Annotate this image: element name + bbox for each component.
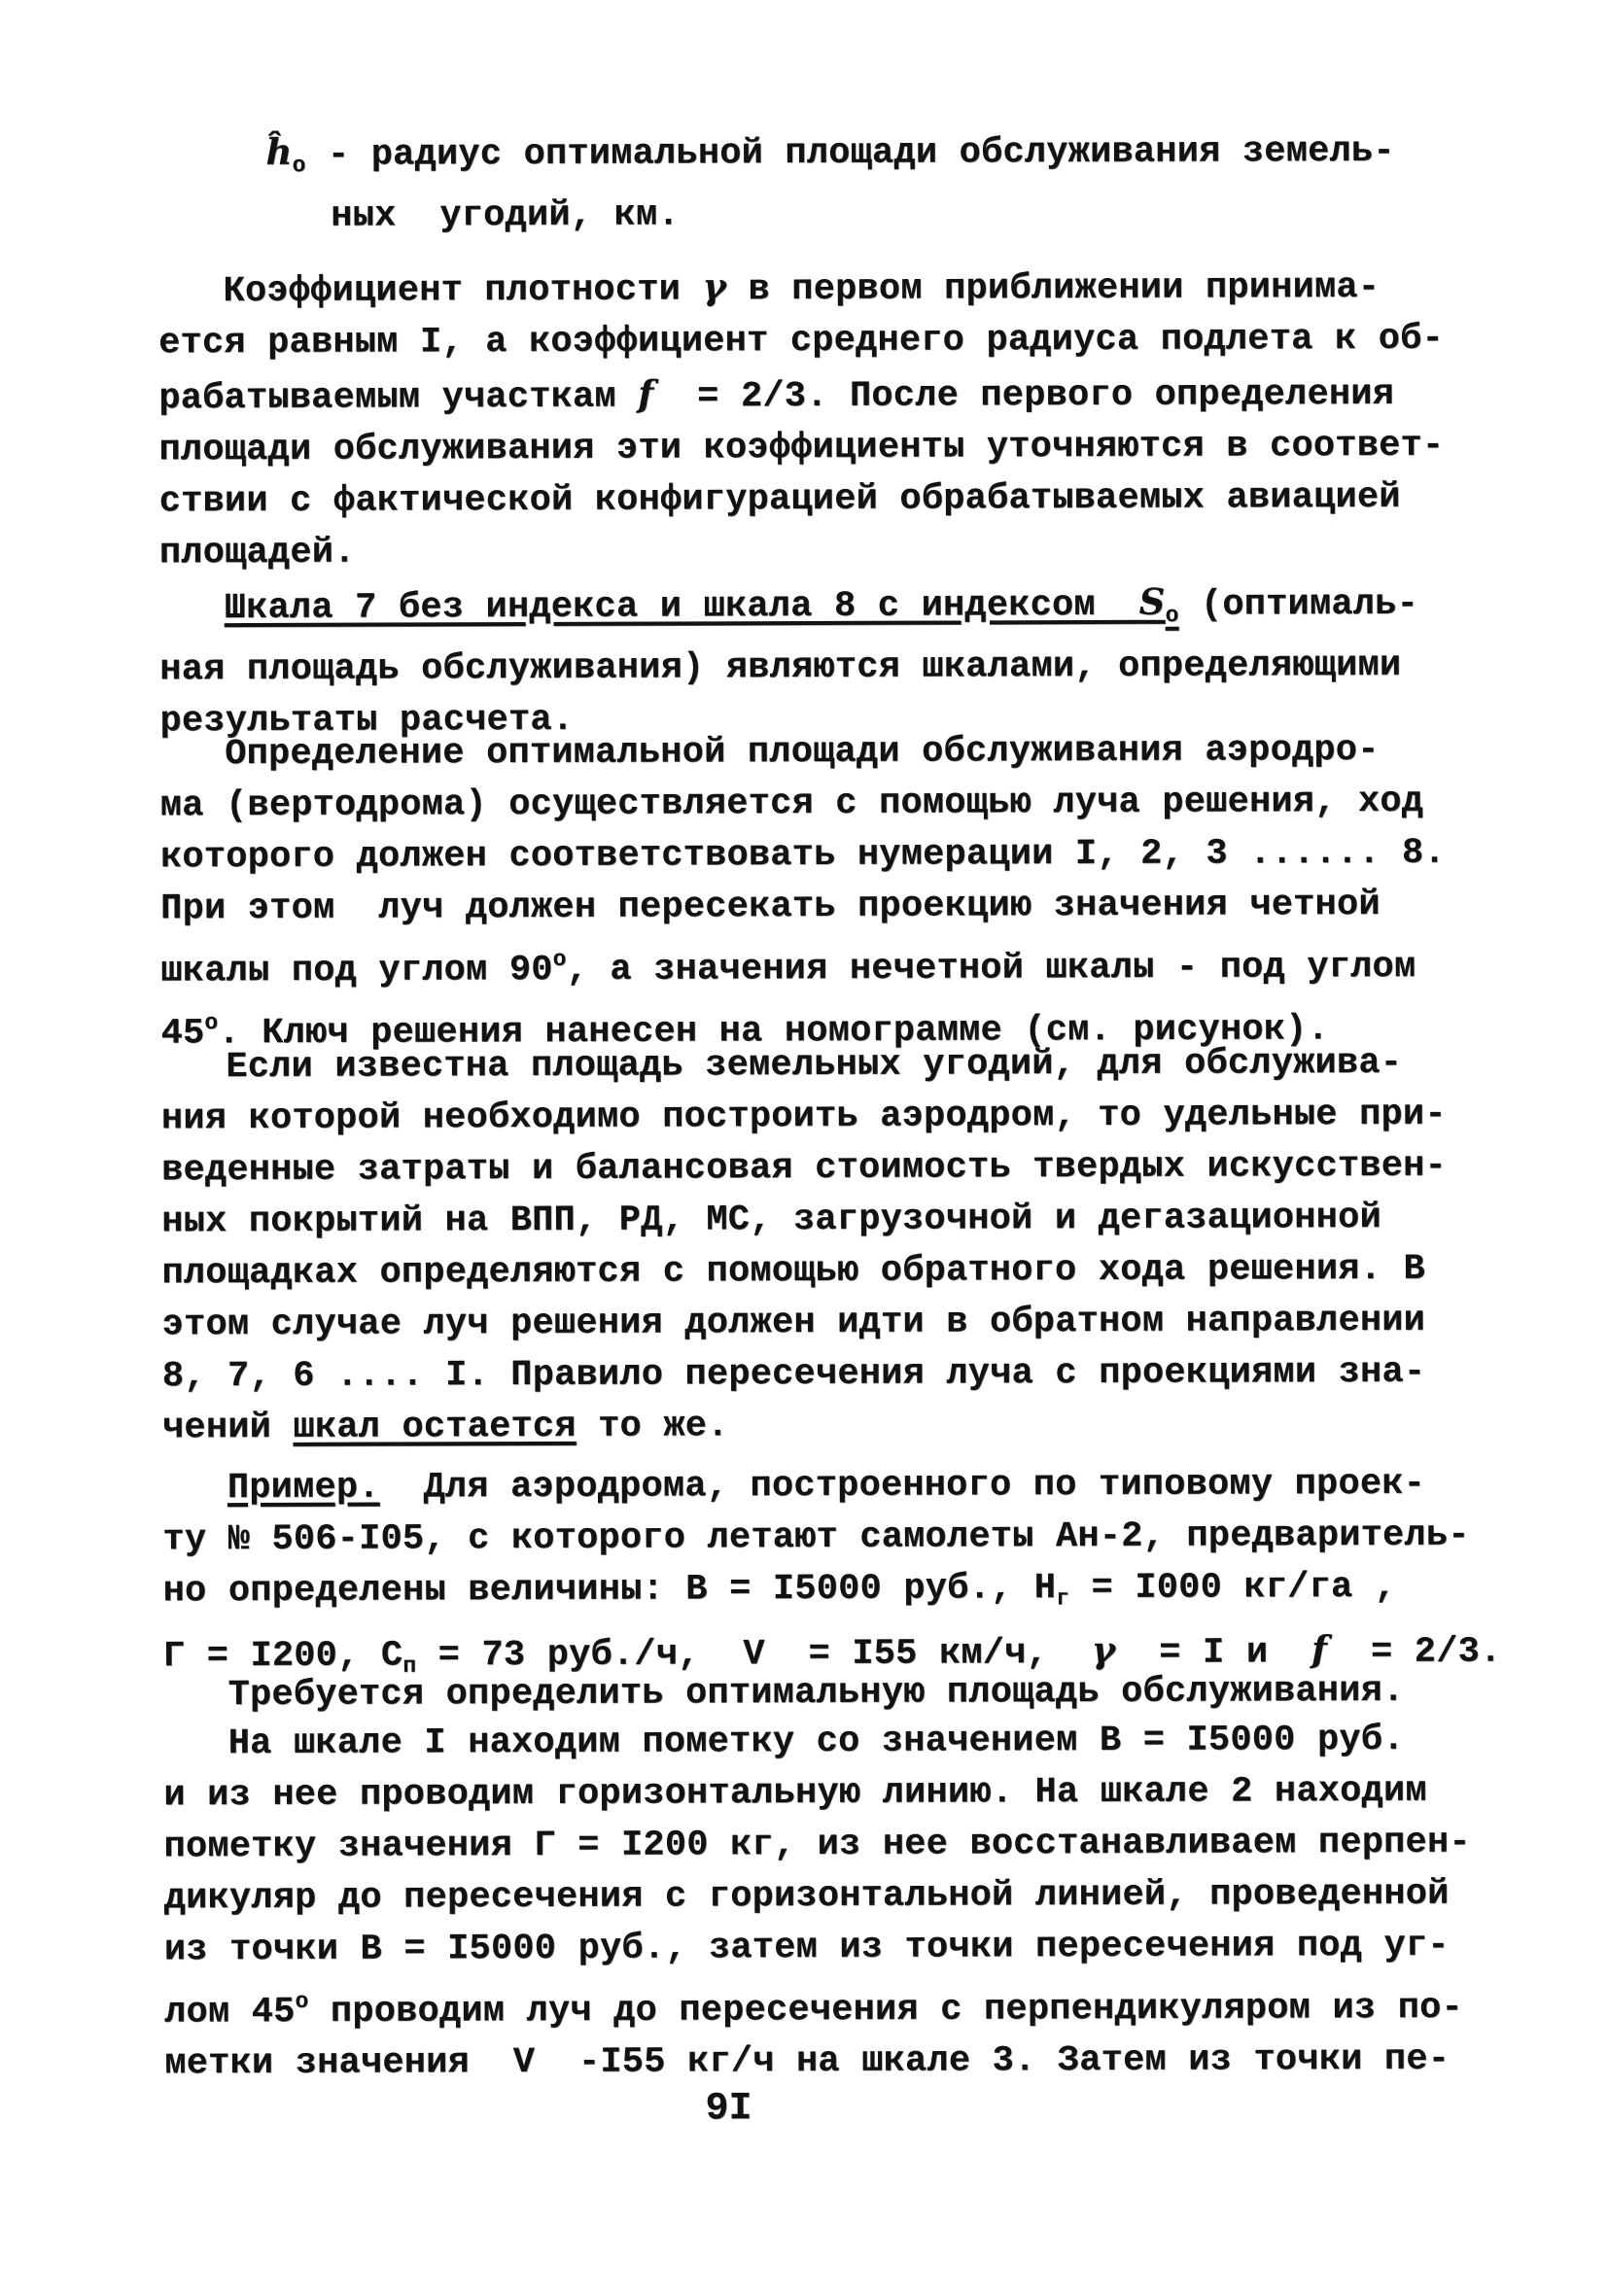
- text-line: При этом луч должен пересекать проекцию …: [160, 879, 1590, 935]
- text-segment: При этом луч должен пересекать проекцию …: [160, 885, 1381, 929]
- text-segment: из точки В = I5000 руб., затем из точки …: [164, 1926, 1450, 1971]
- text-segment: Если известна площадь земельных угодий, …: [226, 1043, 1402, 1088]
- text-segment: ту № 506-I05, с которого летают самолеты…: [162, 1515, 1469, 1561]
- text-line: ĥо - радиус оптимальной площади обслужив…: [157, 122, 1587, 191]
- text-line: чений шкал остается то же.: [162, 1398, 1591, 1454]
- text-segment: площади обслуживания эти коэффициенты ут…: [158, 426, 1444, 471]
- text-segment: ния которой необходимо построить аэродро…: [161, 1095, 1447, 1140]
- text-segment: проводим луч до пересечения с перпендику…: [308, 1988, 1463, 2033]
- text-line: Если известна площадь земельных угодий, …: [161, 1037, 1591, 1094]
- text-line: дикуляр до пересечения с горизонтальной …: [164, 1868, 1593, 1925]
- h-hat-symbol: ĥ: [265, 130, 292, 173]
- text-line: которого должен соответствовать нумераци…: [160, 827, 1590, 884]
- text-line: лом 45о проводим луч до пересечения с пе…: [164, 1971, 1593, 2038]
- text-line: ту № 506-I05, с которого летают самолеты…: [162, 1510, 1591, 1566]
- s-symbol: S: [1139, 580, 1166, 623]
- text-segment: веденные затраты и балансовая стоимость …: [161, 1146, 1447, 1192]
- text-segment: Требуется определить оптимальную площадь…: [227, 1671, 1404, 1716]
- text-segment: но определены величины: В = I5000 руб., …: [163, 1568, 1057, 1612]
- text-segment: , а значения нечетной шкалы - под углом: [567, 947, 1416, 991]
- text-line: 8, 7, 6 .... I. Правило пересечения луча…: [162, 1346, 1591, 1403]
- text-segment: ных покрытий на ВПП, РД, МС, загрузочной…: [161, 1198, 1381, 1242]
- text-line: рабатываемым участкам f = 2/3. После пер…: [158, 365, 1588, 425]
- text-segment: Шкала 7 без индекса и шкала 8 с индексом: [225, 585, 1139, 629]
- text-segment: ма (вертодрома) осуществляется с помощью…: [160, 782, 1424, 827]
- text-line: ных покрытий на ВПП, РД, МС, загрузочной…: [161, 1192, 1591, 1248]
- text-segment: = I000 кг/га ,: [1069, 1567, 1396, 1609]
- paragraph-scales-7-8: Шкала 7 без индекса и шкала 8 с индексом…: [159, 574, 1590, 748]
- text-line: Коэффициент плотности γ в первом приближ…: [158, 258, 1588, 318]
- text-segment: о: [295, 1989, 308, 2014]
- f-symbol: f: [1311, 1627, 1327, 1670]
- text-segment: = 2/3. После первого определения: [653, 374, 1394, 418]
- text-line: метки значения V -I55 кг/ч на шкале 3. З…: [164, 2034, 1593, 2090]
- text-segment: шкал остается: [293, 1407, 576, 1448]
- text-segment: рабатываемым участкам: [158, 377, 638, 420]
- paragraph-procedure: На шкале I находим пометку со значением …: [163, 1714, 1593, 2090]
- text-line: площадках определяются с помощью обратно…: [161, 1243, 1591, 1300]
- text-line: Требуется определить оптимальную площадь…: [163, 1665, 1592, 1722]
- text-segment: г: [1056, 1585, 1069, 1611]
- text-segment: (оптималь-: [1178, 584, 1418, 626]
- text-line: этом случае луч решения должен идти в об…: [162, 1295, 1591, 1351]
- text-line: ма (вертодрома) осуществляется с помощью…: [160, 776, 1590, 832]
- text-line: ния которой необходимо построить аэродро…: [161, 1089, 1591, 1145]
- text-segment: о: [204, 1010, 218, 1035]
- text-segment: Определение оптимальной площади обслужив…: [225, 730, 1380, 775]
- text-segment: ется равным I, а коэффициент среднего ра…: [158, 319, 1444, 365]
- text-line: Определение оптимальной площади обслужив…: [159, 724, 1589, 781]
- text-segment: и из нее проводим горизонтальную линию. …: [163, 1771, 1427, 1817]
- scanned-page: ĥо - радиус оптимальной площади обслужив…: [0, 0, 1608, 2296]
- text-segment: ствии с фактической конфигурацией обраба…: [159, 477, 1401, 522]
- text-segment: которого должен соответствовать нумераци…: [160, 833, 1446, 879]
- text-segment: о: [553, 947, 567, 972]
- paragraph-solution-ray: Определение оптимальной площади обслужив…: [159, 724, 1590, 1061]
- text-segment: Для аэродрома, построенного по типовому …: [380, 1464, 1426, 1509]
- text-segment: лом 45: [164, 1992, 296, 2033]
- text-line: Шкала 7 без индекса и шкала 8 с индексом…: [159, 574, 1589, 644]
- text-line: и из нее проводим горизонтальную линию. …: [163, 1765, 1592, 1822]
- text-segment: шкалы под углом 90: [160, 950, 552, 991]
- text-segment: дикуляр до пересечения с горизонтальной …: [164, 1874, 1450, 1920]
- page-number: 9I: [705, 2086, 752, 2133]
- text-segment: пометку значения Г = I200 кг, из нее вос…: [163, 1823, 1470, 1868]
- text-line: шкалы под углом 90о, а значения нечетной…: [160, 930, 1590, 997]
- text-segment: - радиус оптимальной площади обслуживани…: [305, 131, 1394, 176]
- text-line: ется равным I, а коэффициент среднего ра…: [158, 313, 1588, 369]
- text-line: площади обслуживания эти коэффициенты ут…: [158, 420, 1588, 476]
- text-segment: 8, 7, 6 .... I. Правило пересечения луча…: [162, 1352, 1426, 1398]
- text-line: но определены величины: В = I5000 руб., …: [162, 1561, 1591, 1627]
- text-segment: о: [1166, 603, 1179, 628]
- paragraph-example: Пример. Для аэродрома, построенного по т…: [162, 1458, 1592, 1693]
- paragraph-reverse-solution: Если известна площадь земельных угодий, …: [161, 1037, 1591, 1454]
- text-line: пометку значения Г = I200 кг, из нее вос…: [163, 1817, 1592, 1873]
- text-segment: чений: [162, 1408, 294, 1448]
- text-line: площадей.: [159, 523, 1589, 579]
- text-line: ствии с фактической конфигурацией обраба…: [159, 471, 1589, 528]
- paragraph-coefficients: Коэффициент плотности γ в первом приближ…: [158, 258, 1589, 579]
- text-segment: На шкале I находим пометку со значением …: [228, 1720, 1405, 1764]
- text-segment: ная площадь обслуживания) являются шкала…: [159, 645, 1401, 690]
- f-symbol: f: [638, 372, 653, 415]
- gamma-symbol: γ: [702, 264, 726, 307]
- text-line: веденные затраты и балансовая стоимость …: [161, 1140, 1591, 1197]
- text-segment: то же.: [577, 1406, 729, 1447]
- text-line: На шкале I находим пометку со значением …: [163, 1714, 1592, 1770]
- text-segment: этом случае луч решения должен идти в об…: [162, 1301, 1426, 1346]
- text-line: ная площадь обслуживания) являются шкала…: [159, 641, 1589, 697]
- text-line: из точки В = I5000 руб., затем из точки …: [164, 1920, 1593, 1976]
- paragraph-definition-h-radius: ĥо - радиус оптимальной площади обслужив…: [157, 122, 1587, 243]
- text-segment: метки значения V -I55 кг/ч на шкале 3. З…: [164, 2039, 1450, 2085]
- text-line: Пример. Для аэродрома, построенного по т…: [162, 1458, 1591, 1514]
- text-segment: о: [293, 153, 306, 178]
- paragraph-task-statement: Требуется определить оптимальную площадь…: [163, 1665, 1592, 1722]
- text-segment: в первом приближении принима-: [726, 267, 1380, 310]
- text-line: ных угодий, км.: [158, 188, 1588, 244]
- text-segment: ных угодий, км.: [331, 195, 680, 237]
- page-body: ĥо - радиус оптимальной площади обслужив…: [0, 0, 1604, 3]
- text-segment: площадей.: [159, 533, 356, 574]
- example-label: Пример.: [227, 1468, 380, 1510]
- gamma-symbol: γ: [1092, 1628, 1116, 1671]
- text-segment: площадках определяются с помощью обратно…: [161, 1249, 1425, 1295]
- text-segment: Коэффициент плотности: [223, 269, 702, 312]
